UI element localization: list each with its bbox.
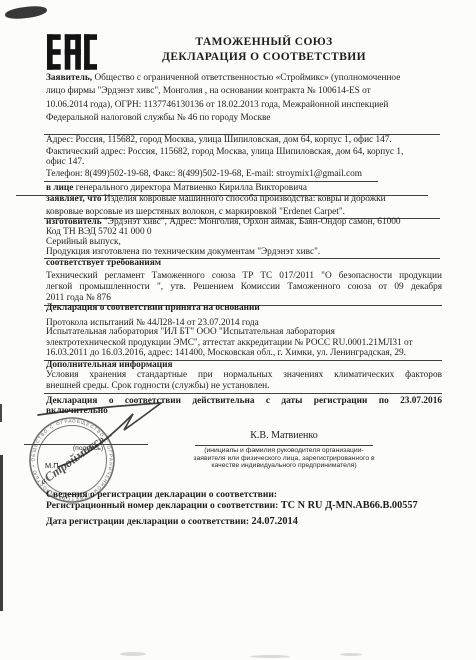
applicant-address: Адрес: Россия, 115682, город Москва, ули… [46, 134, 442, 147]
scan-edge-strip-upper [0, 404, 2, 422]
reglament-line: легкой промышленности ", утв. Решением К… [46, 282, 442, 293]
scan-noise-dot [340, 653, 362, 656]
applicant-fact-address: Фактический адрес: Россия, 115682, город… [46, 147, 442, 167]
applicant-label: Заявитель, [46, 73, 92, 83]
declaration-document: ТАМОЖЕННЫЙ СОЮЗ ДЕКЛАРАЦИЯ О СООТВЕТСТВИ… [0, 0, 476, 660]
document-title: ТАМОЖЕННЫЙ СОЮЗ ДЕКЛАРАЦИЯ О СООТВЕТСТВИ… [96, 35, 432, 65]
eac-logo-glyphs [47, 31, 97, 73]
scan-smudge-top-left [4, 4, 47, 20]
applicant-phone: Телефон: 8(499)502-19-68, Факс: 8(499)50… [46, 168, 442, 181]
registration-number-label: Регистрационный номер декларации о соотв… [46, 500, 281, 511]
registration-number-value: ТС N RU Д-MN.АВ66.В.00557 [281, 500, 418, 511]
additional-paragraph: Условия хранения стандартные при нормаль… [46, 370, 442, 392]
stamp-center-text: «Строймикс» [37, 432, 108, 489]
basis-heading: Декларация о соответствии принята на осн… [46, 302, 442, 315]
applicant-paragraph: Заявитель, Общество с ограниченной ответ… [46, 72, 442, 126]
director-label: в лице [46, 183, 73, 193]
registration-date-line: Дата регистрации декларации о соответств… [46, 515, 442, 528]
title-line-2: ДЕКЛАРАЦИЯ О СООТВЕТСТВИИ [96, 50, 432, 65]
scan-edge-strip-lower [0, 455, 3, 611]
registration-number-line: Регистрационный номер декларации о соотв… [46, 499, 442, 512]
conformity-heading: соответствует требованиям [46, 257, 442, 270]
divider [44, 393, 442, 394]
applicant-text: Общество с ограниченной ответственностью… [46, 73, 400, 124]
registration-date-value: 24.07.2014 [252, 516, 298, 527]
scan-noise-dot [120, 652, 146, 656]
director-name: генерального директора Матвиенко Кирилла… [73, 183, 307, 193]
title-line-1: ТАМОЖЕННЫЙ СОЮЗ [96, 35, 432, 50]
declares-label: заявляет, что [46, 194, 102, 204]
reglament-paragraph: Технический регламент Таможенного союза … [46, 271, 442, 304]
head-name: К.В. Матвиенко [195, 430, 373, 441]
laboratory-paragraph: Испытательная лаборатория "ИЛ БТ" ООО "И… [46, 327, 442, 358]
reglament-line: Технический регламент Таможенного союза … [46, 271, 442, 282]
registration-date-label: Дата регистрации декларации о соответств… [46, 516, 252, 527]
additional-line: внешней среды. Срок годности (службы) не… [46, 381, 442, 392]
head-name-line [195, 445, 373, 446]
additional-line: Условия хранения стандартные при нормаль… [46, 370, 442, 381]
head-name-caption: (инициалы и фамилия руководителя организ… [172, 447, 396, 470]
scan-noise-dot [250, 655, 290, 658]
